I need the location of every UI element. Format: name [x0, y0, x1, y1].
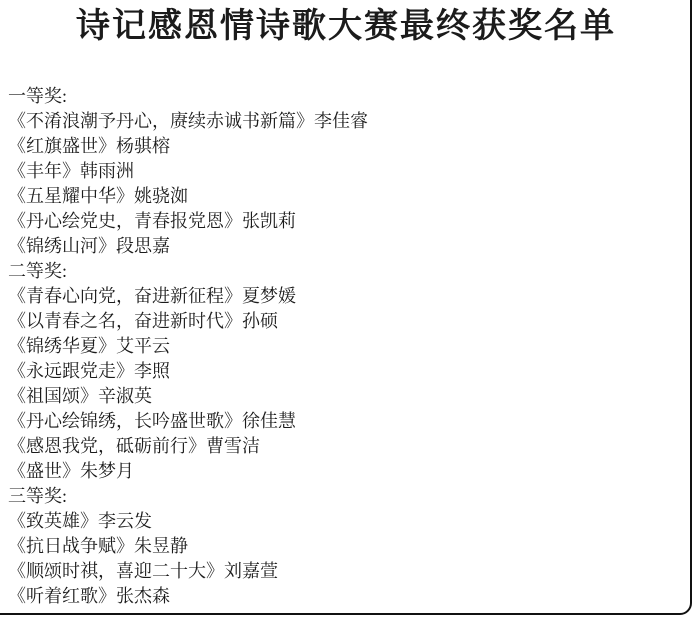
award-entry: 《丰年》韩雨洲	[8, 159, 692, 184]
award-entry: 《红旗盛世》杨骐榕	[8, 134, 692, 159]
award-entry: 《听着红歌》张杰森	[8, 584, 692, 609]
award-list: 一等奖:《不淆浪潮予丹心，赓续赤诚书新篇》李佳睿《红旗盛世》杨骐榕《丰年》韩雨洲…	[0, 84, 692, 609]
document-page: { "page": { "title": "诗记感恩情诗歌大赛最终获奖名单" }…	[0, 0, 692, 625]
prize-section-heading: 三等奖:	[8, 484, 692, 509]
award-entry: 《顺颂时祺，喜迎二十大》刘嘉萱	[8, 559, 692, 584]
prize-section-heading: 二等奖:	[8, 259, 692, 284]
prize-section-heading: 一等奖:	[8, 84, 692, 109]
award-entry: 《以青春之名，奋进新时代》孙硕	[8, 309, 692, 334]
award-entry: 《五星耀中华》姚骁洳	[8, 184, 692, 209]
award-entry: 《丹心绘锦绣，长吟盛世歌》徐佳慧	[8, 409, 692, 434]
award-entry: 《不淆浪潮予丹心，赓续赤诚书新篇》李佳睿	[8, 109, 692, 134]
award-entry: 《锦绣华夏》艾平云	[8, 334, 692, 359]
page-title: 诗记感恩情诗歌大赛最终获奖名单	[4, 6, 688, 48]
award-entry: 《祖国颂》辛淑英	[8, 384, 692, 409]
award-entry: 《永远跟党走》李照	[8, 359, 692, 384]
award-entry: 《锦绣山河》段思嘉	[8, 234, 692, 259]
award-entry: 《抗日战争赋》朱昱静	[8, 534, 692, 559]
award-entry: 《青春心向党，奋进新征程》夏梦媛	[8, 284, 692, 309]
award-entry: 《丹心绘党史，青春报党恩》张凯莉	[8, 209, 692, 234]
award-entry: 《感恩我党，砥砺前行》曹雪洁	[8, 434, 692, 459]
award-entry: 《致英雄》李云发	[8, 509, 692, 534]
award-entry: 《盛世》朱梦月	[8, 459, 692, 484]
